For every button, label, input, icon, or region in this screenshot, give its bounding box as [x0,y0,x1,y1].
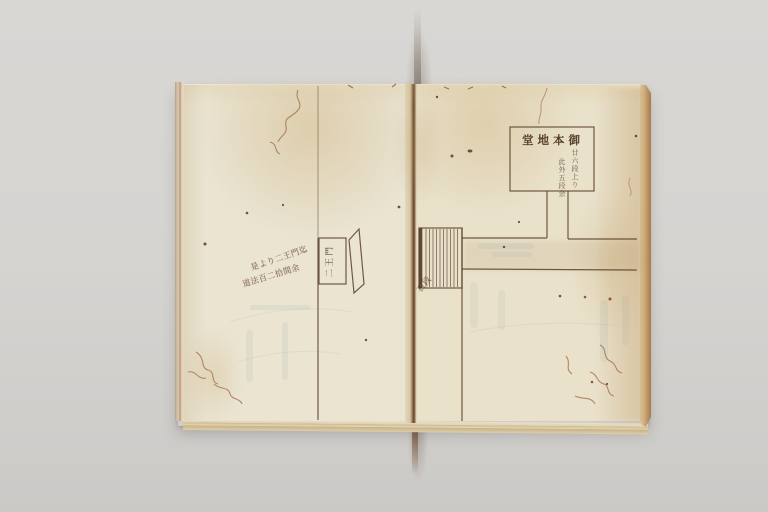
ghost-pencil-arcs [230,309,620,362]
hall-name-label: 御本地堂 [517,135,589,147]
hall-note-left-column: 此外五段余 [558,158,565,206]
hall-note-right-column: 廿六段上り [571,149,578,201]
top-edge-dashes [348,84,506,89]
ink-plan-lines [318,86,637,421]
ink-drawing-layer [0,0,768,512]
lower-boundary [462,269,637,270]
gate-side-panel [349,229,364,293]
photo-stage: 御本地堂 廿六段上り 此外五段余 二王門 石段 是より二王門迄 道法百二拾間余 [0,0,768,512]
